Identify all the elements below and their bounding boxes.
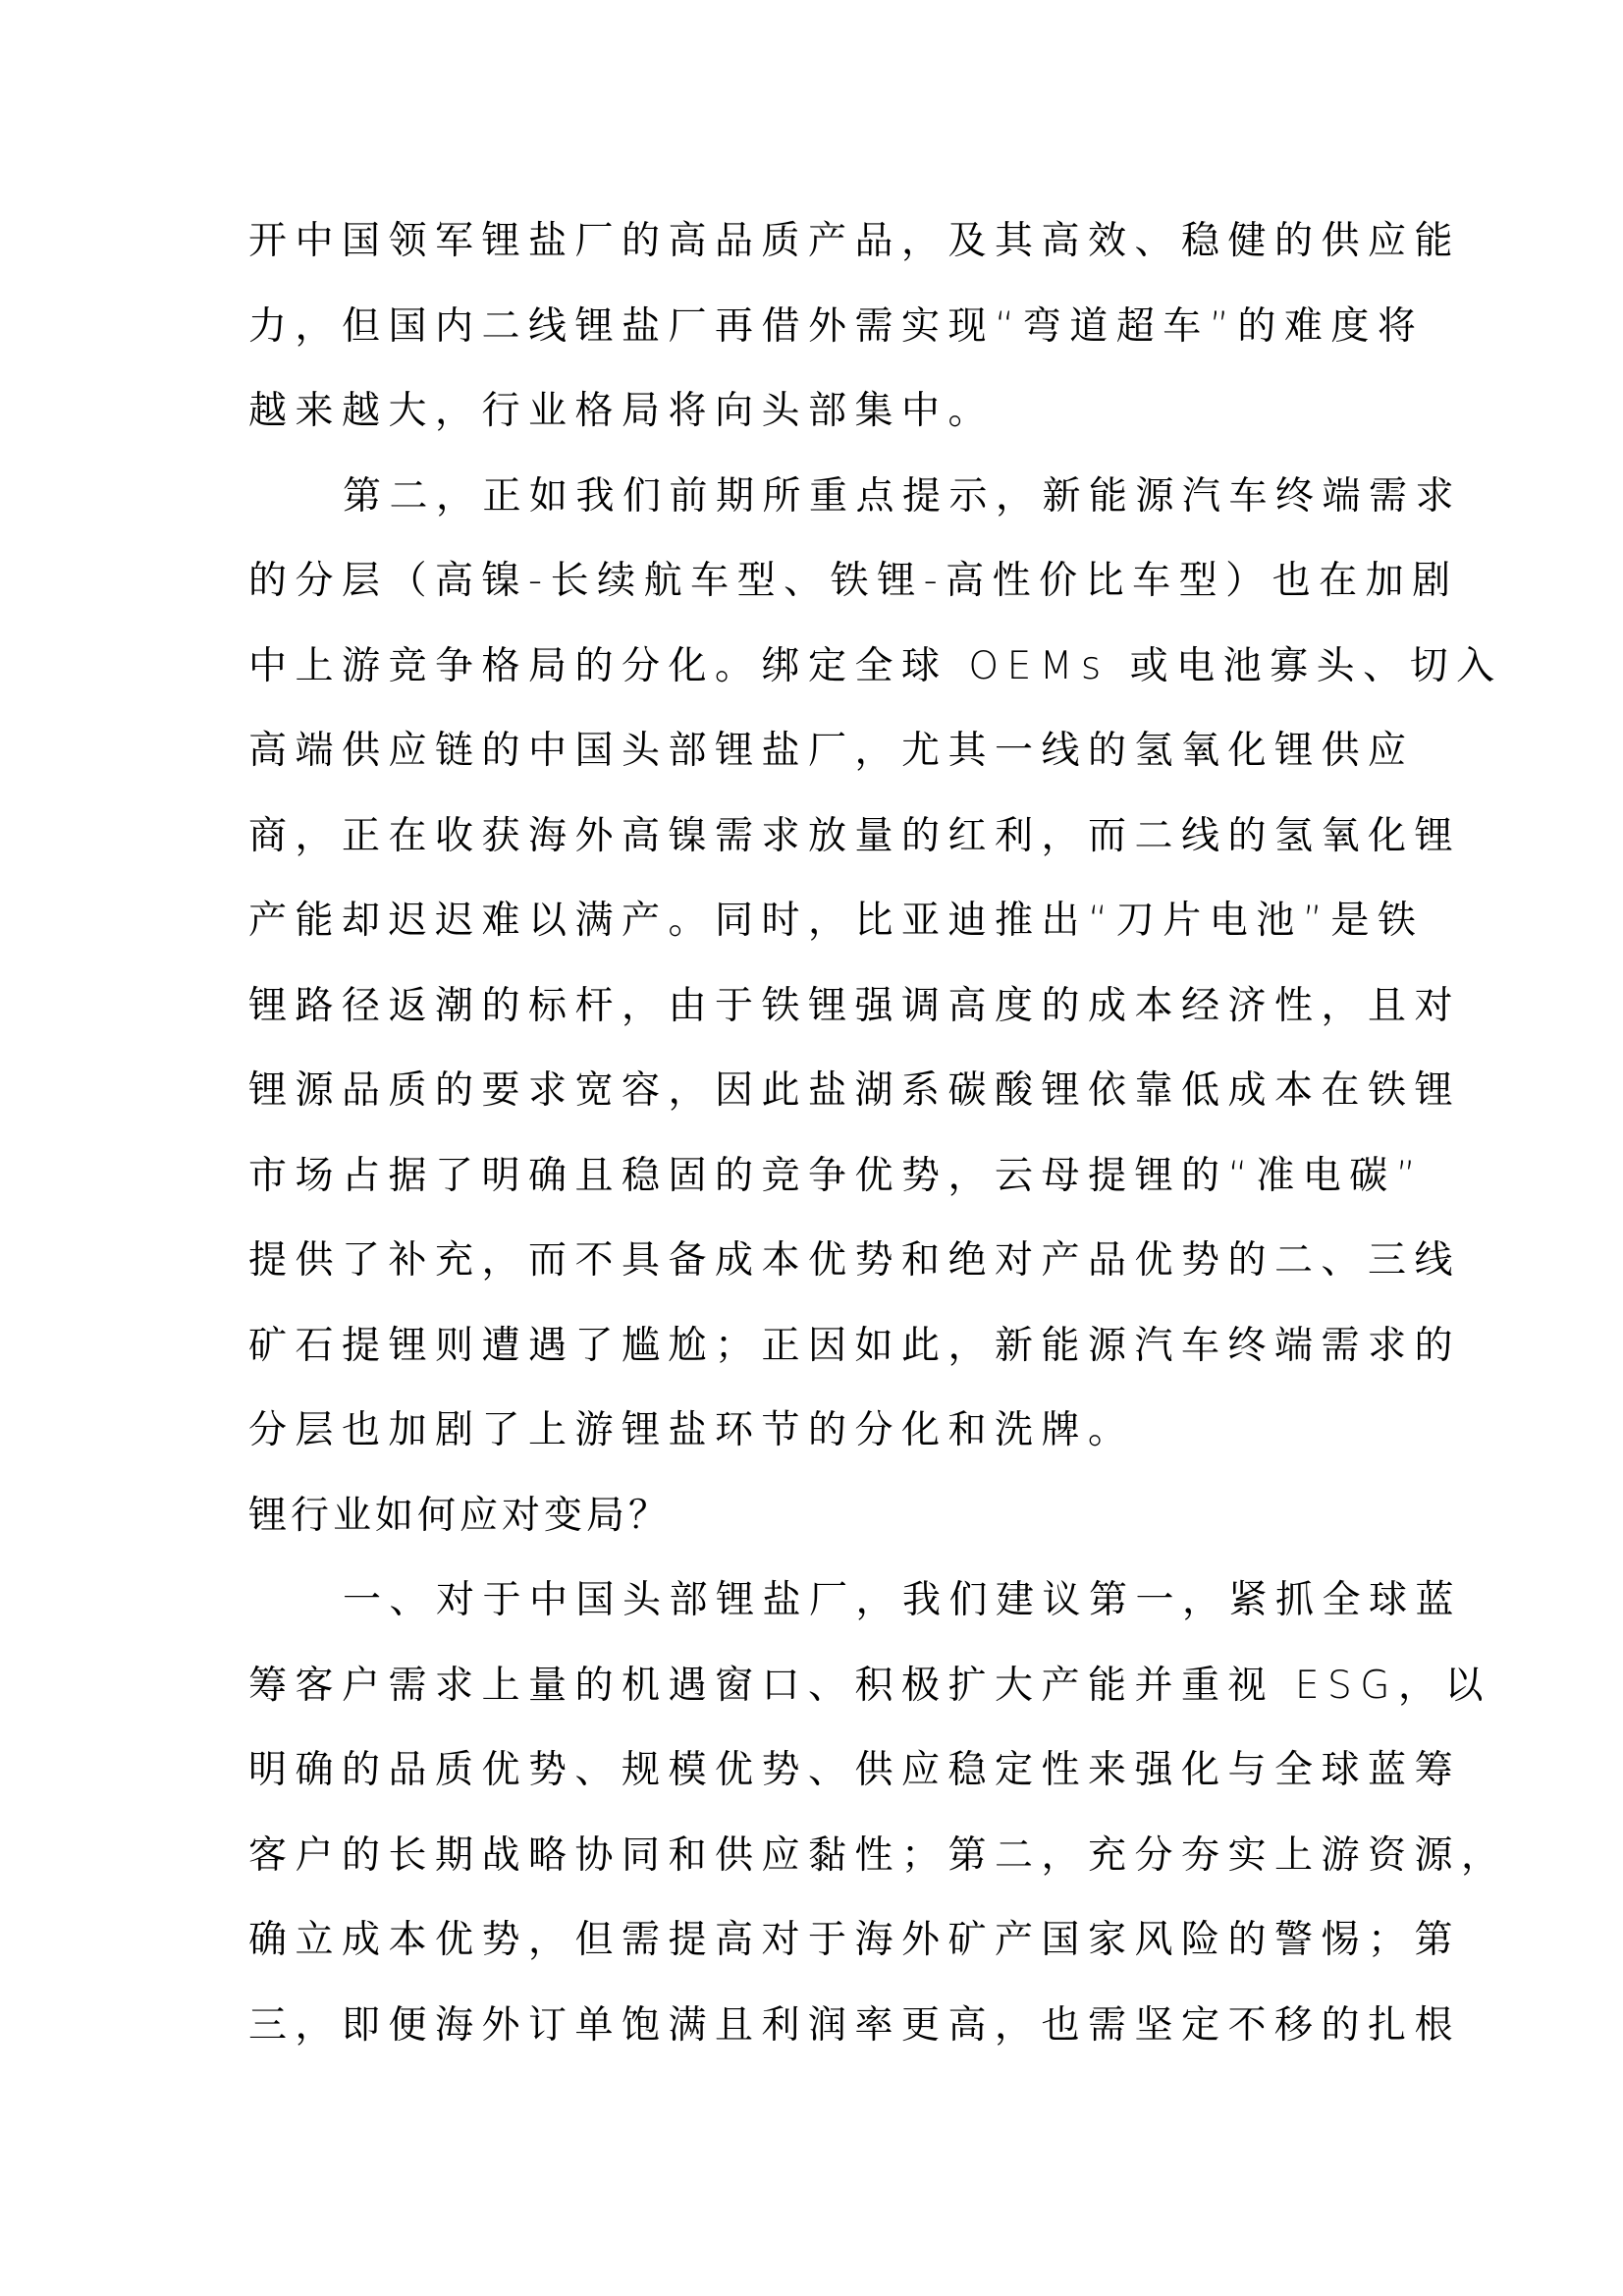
text-line: 开中国领军锂盐厂的高品质产品，及其高效、稳健的供应能 [248, 214, 1378, 300]
text-line: 的分层（高镍-长续航车型、铁锂-高性价比车型）也在加剧 [248, 554, 1378, 639]
text-line: 筹客户需求上量的机遇窗口、积极扩大产能并重视 ESG，以 [248, 1659, 1378, 1744]
text-line: 明确的品质优势、规模优势、供应稳定性来强化与全球蓝筹 [248, 1743, 1378, 1829]
paragraph-recommendations: 一、对于中国头部锂盐厂，我们建议第一，紧抓全球蓝 筹客户需求上量的机遇窗口、积极… [248, 1573, 1378, 2083]
text-line: 客户的长期战略协同和供应黏性；第二，充分夯实上游资源， [248, 1829, 1378, 1914]
text-line: 一、对于中国头部锂盐厂，我们建议第一，紧抓全球蓝 [248, 1573, 1378, 1659]
paragraph-continuation: 开中国领军锂盐厂的高品质产品，及其高效、稳健的供应能 力，但国内二线锂盐厂再借外… [248, 214, 1378, 469]
section-heading: 锂行业如何应对变局？ [248, 1489, 1378, 1574]
text-line: 提供了补充，而不具备成本优势和绝对产品优势的二、三线 [248, 1233, 1378, 1319]
document-page: 开中国领军锂盐厂的高品质产品，及其高效、稳健的供应能 力，但国内二线锂盐厂再借外… [248, 214, 1378, 2083]
text-line: 锂路径返潮的标杆，由于铁锂强调高度的成本经济性，且对 [248, 979, 1378, 1065]
text-line: 越来越大，行业格局将向头部集中。 [248, 384, 1378, 469]
text-line: 市场占据了明确且稳固的竞争优势，云母提锂的“准电碳” [248, 1149, 1378, 1234]
text-line: 产能却迟迟难以满产。同时，比亚迪推出“刀片电池”是铁 [248, 894, 1378, 979]
text-line: 高端供应链的中国头部锂盐厂，尤其一线的氢氧化锂供应 [248, 724, 1378, 809]
text-line: 中上游竞争格局的分化。绑定全球 OEMs 或电池寡头、切入 [248, 639, 1378, 725]
heading-text: 锂行业如何应对变局？ [248, 1489, 1378, 1574]
paragraph-second-point: 第二，正如我们前期所重点提示，新能源汽车终端需求 的分层（高镍-长续航车型、铁锂… [248, 469, 1378, 1489]
text-line: 分层也加剧了上游锂盐环节的分化和洗牌。 [248, 1403, 1378, 1489]
text-line: 力，但国内二线锂盐厂再借外需实现“弯道超车”的难度将 [248, 300, 1378, 385]
text-line: 矿石提锂则遭遇了尴尬；正因如此，新能源汽车终端需求的 [248, 1319, 1378, 1404]
text-line: 三，即便海外订单饱满且利润率更高，也需坚定不移的扎根 [248, 1998, 1378, 2084]
text-line: 第二，正如我们前期所重点提示，新能源汽车终端需求 [248, 469, 1378, 555]
text-line: 商，正在收获海外高镍需求放量的红利，而二线的氢氧化锂 [248, 809, 1378, 895]
text-line: 确立成本优势，但需提高对于海外矿产国家风险的警惕；第 [248, 1913, 1378, 1998]
text-line: 锂源品质的要求宽容，因此盐湖系碳酸锂依靠低成本在铁锂 [248, 1064, 1378, 1149]
